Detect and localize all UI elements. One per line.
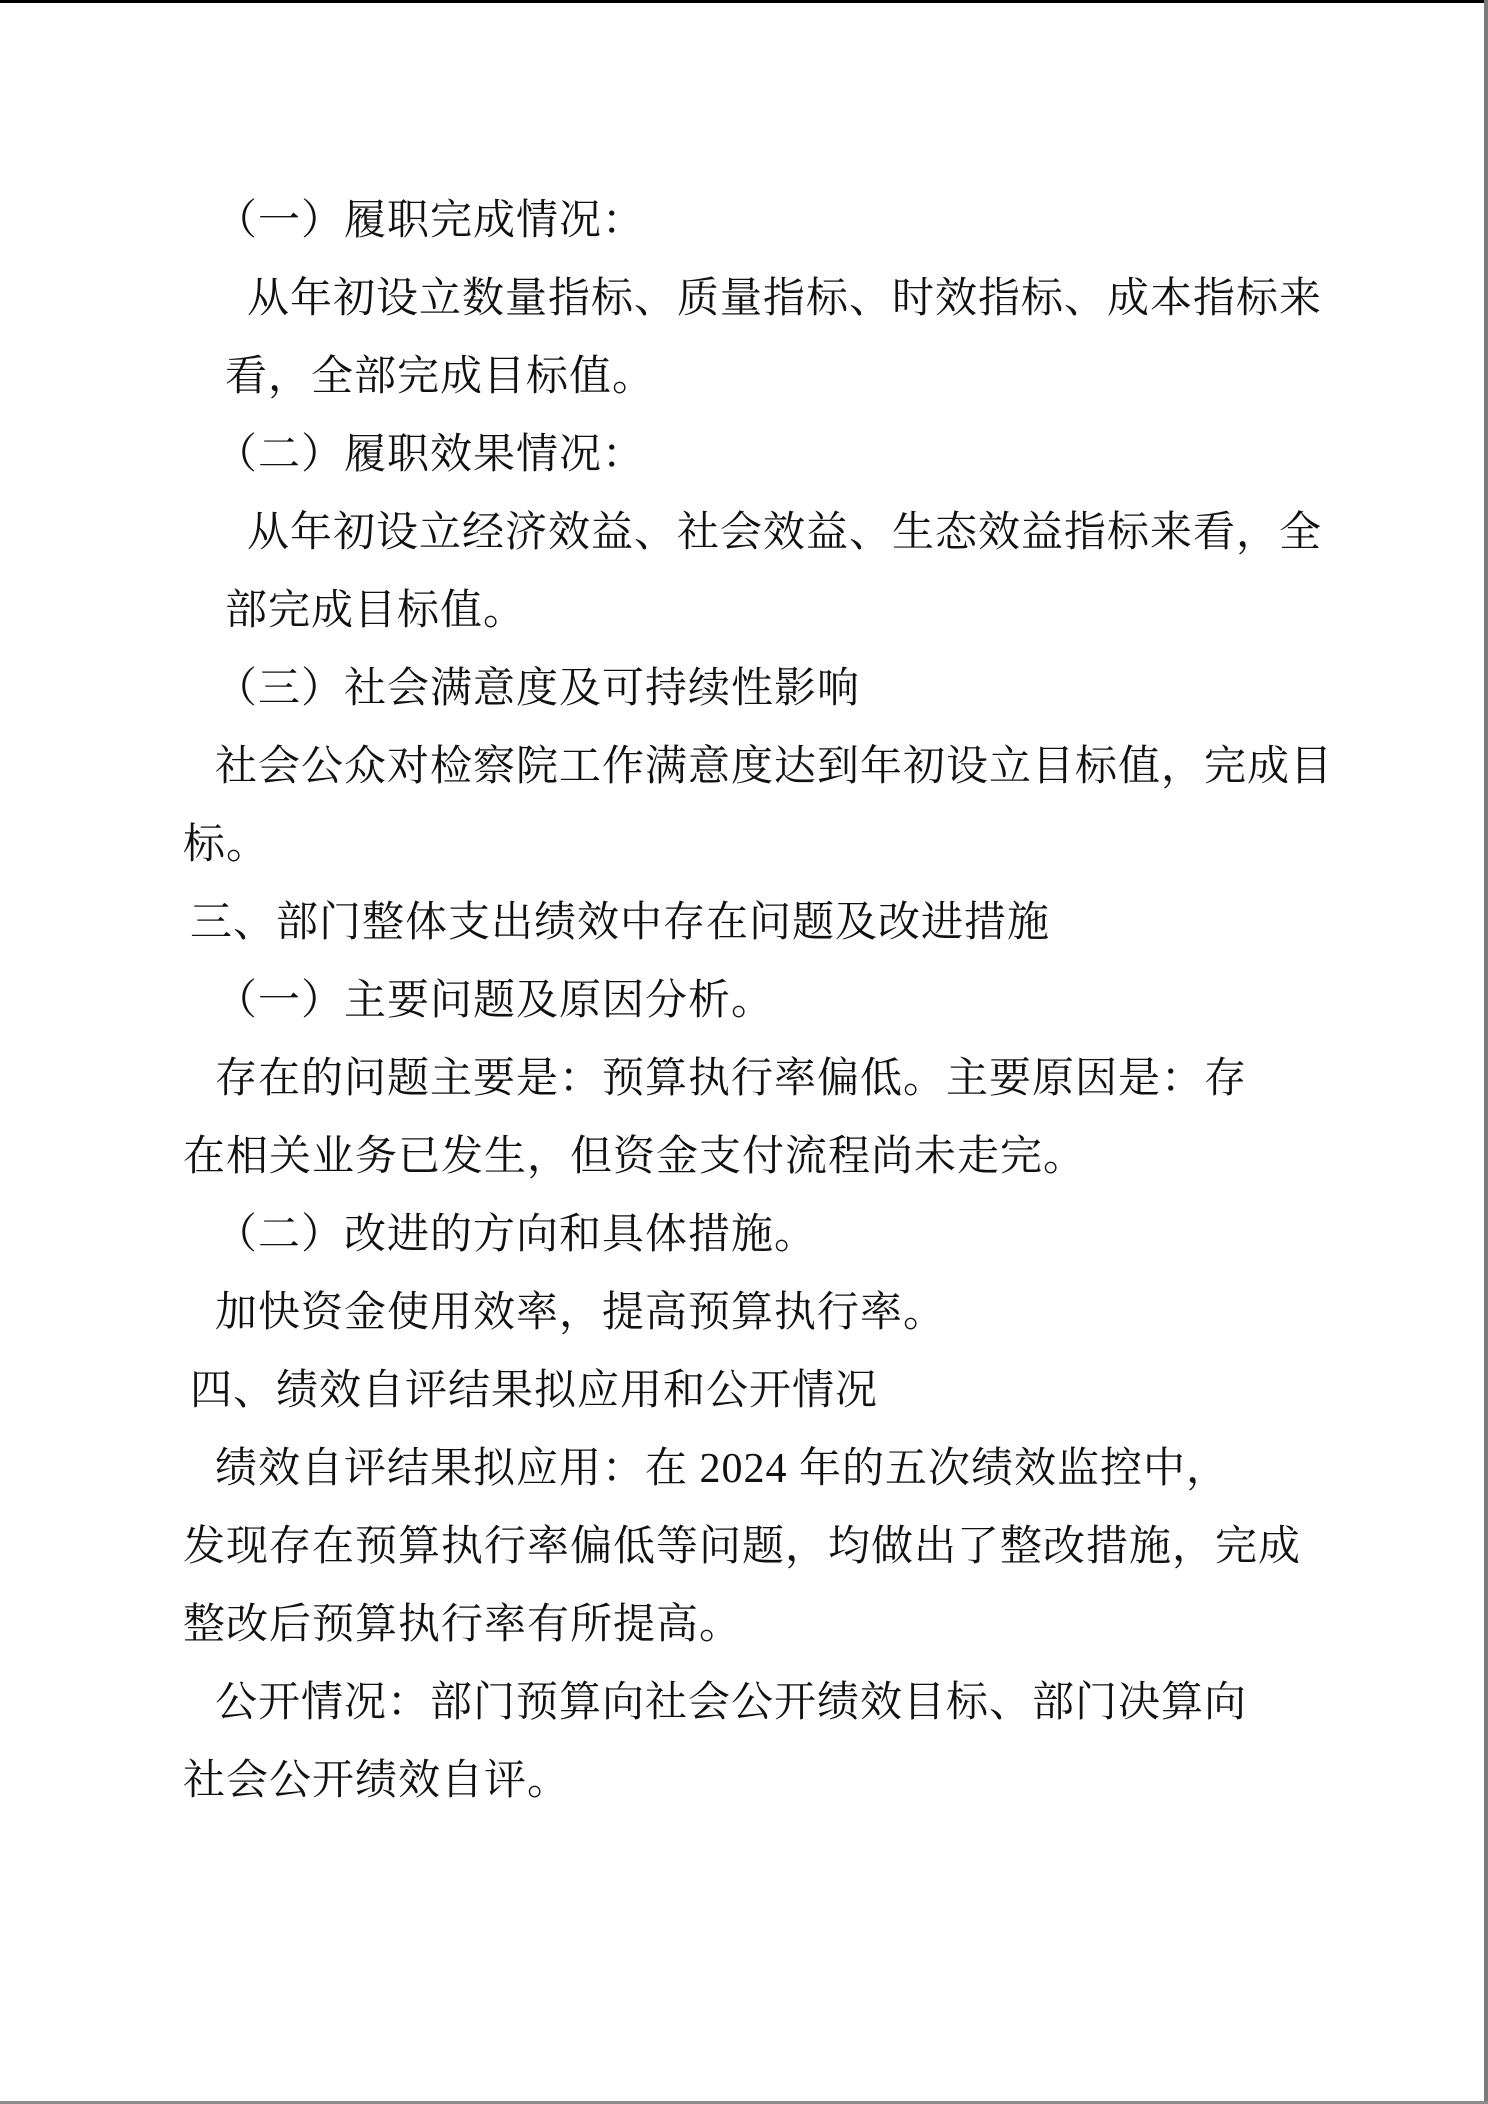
document-body: （一）履职完成情况： 从年初设立数量指标、质量指标、时效指标、成本指标来 看，全… <box>183 182 1343 1820</box>
subheading-performance-effect: （二）履职效果情况： <box>183 416 1343 494</box>
para-improvement: 加快资金使用效率，提高预算执行率。 <box>183 1274 1343 1352</box>
para-quantity-indicators-line-1: 从年初设立数量指标、质量指标、时效指标、成本指标来 <box>183 260 1343 338</box>
heading-section-four: 四、绩效自评结果拟应用和公开情况 <box>183 1352 1343 1430</box>
document-page: （一）履职完成情况： 从年初设立数量指标、质量指标、时效指标、成本指标来 看，全… <box>0 0 1488 2104</box>
subheading-performance-completion: （一）履职完成情况： <box>183 182 1343 260</box>
para-application-line-2: 发现存在预算执行率偏低等问题，均做出了整改措施，完成 <box>183 1508 1343 1586</box>
subheading-satisfaction: （三）社会满意度及可持续性影响 <box>183 650 1343 728</box>
subheading-improvement-measures: （二）改进的方向和具体措施。 <box>183 1196 1343 1274</box>
para-benefit-indicators-line-1: 从年初设立经济效益、社会效益、生态效益指标来看，全 <box>183 494 1343 572</box>
para-problems-line-1: 存在的问题主要是：预算执行率偏低。主要原因是：存 <box>183 1040 1343 1118</box>
para-public-satisfaction-line-2: 标。 <box>183 806 1343 884</box>
para-application-line-3: 整改后预算执行率有所提高。 <box>183 1586 1343 1664</box>
heading-section-three: 三、部门整体支出绩效中存在问题及改进措施 <box>183 884 1343 962</box>
para-disclosure-line-2: 社会公开绩效自评。 <box>183 1742 1343 1820</box>
para-application-line-1: 绩效自评结果拟应用：在 2024 年的五次绩效监控中， <box>183 1430 1343 1508</box>
para-quantity-indicators-line-2: 看，全部完成目标值。 <box>183 338 1343 416</box>
para-disclosure-line-1: 公开情况：部门预算向社会公开绩效目标、部门决算向 <box>183 1664 1343 1742</box>
para-problems-line-2: 在相关业务已发生，但资金支付流程尚未走完。 <box>183 1118 1343 1196</box>
para-benefit-indicators-line-2: 部完成目标值。 <box>183 572 1343 650</box>
top-rule <box>0 0 1488 3</box>
subheading-main-problems: （一）主要问题及原因分析。 <box>183 962 1343 1040</box>
para-public-satisfaction-line-1: 社会公众对检察院工作满意度达到年初设立目标值，完成目 <box>183 728 1343 806</box>
right-rule <box>1484 0 1488 2104</box>
